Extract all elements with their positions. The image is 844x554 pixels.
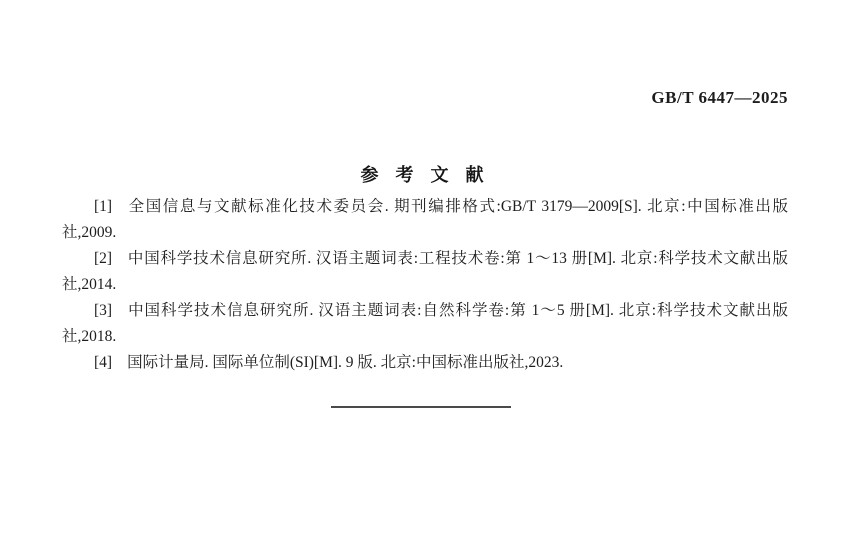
reference-item: [4]国际计量局. 国际单位制(SI)[M]. 9 版. 北京:中国标准出版社,… bbox=[62, 350, 788, 376]
reference-item: [3]中国科学技术信息研究所. 汉语主题词表:自然科学卷:第 1～5 册[M].… bbox=[62, 298, 788, 350]
reference-label: [2] bbox=[94, 250, 112, 267]
reference-text: 中国科学技术信息研究所. 汉语主题词表:自然科学卷:第 1～5 册[M]. 北京… bbox=[62, 302, 788, 345]
reference-item: [2]中国科学技术信息研究所. 汉语主题词表:工程技术卷:第 1～13 册[M]… bbox=[62, 246, 788, 298]
references-list: [1]全国信息与文献标准化技术委员会. 期刊编排格式:GB/T 3179—200… bbox=[62, 194, 788, 376]
reference-label: [4] bbox=[94, 354, 112, 371]
reference-label: [3] bbox=[94, 302, 112, 319]
end-rule-divider bbox=[331, 406, 511, 408]
reference-text: 国际计量局. 国际单位制(SI)[M]. 9 版. 北京:中国标准出版社,202… bbox=[127, 354, 563, 371]
reference-text: 全国信息与文献标准化技术委员会. 期刊编排格式:GB/T 3179—2009[S… bbox=[62, 198, 788, 241]
document-page: GB/T 6447—2025 参考文献 [1]全国信息与文献标准化技术委员会. … bbox=[0, 0, 844, 554]
reference-item: [1]全国信息与文献标准化技术委员会. 期刊编排格式:GB/T 3179—200… bbox=[62, 194, 788, 246]
reference-label: [1] bbox=[94, 198, 112, 215]
reference-text: 中国科学技术信息研究所. 汉语主题词表:工程技术卷:第 1～13 册[M]. 北… bbox=[62, 250, 788, 293]
page-title: 参考文献 bbox=[0, 161, 844, 187]
standard-number: GB/T 6447—2025 bbox=[651, 88, 788, 108]
